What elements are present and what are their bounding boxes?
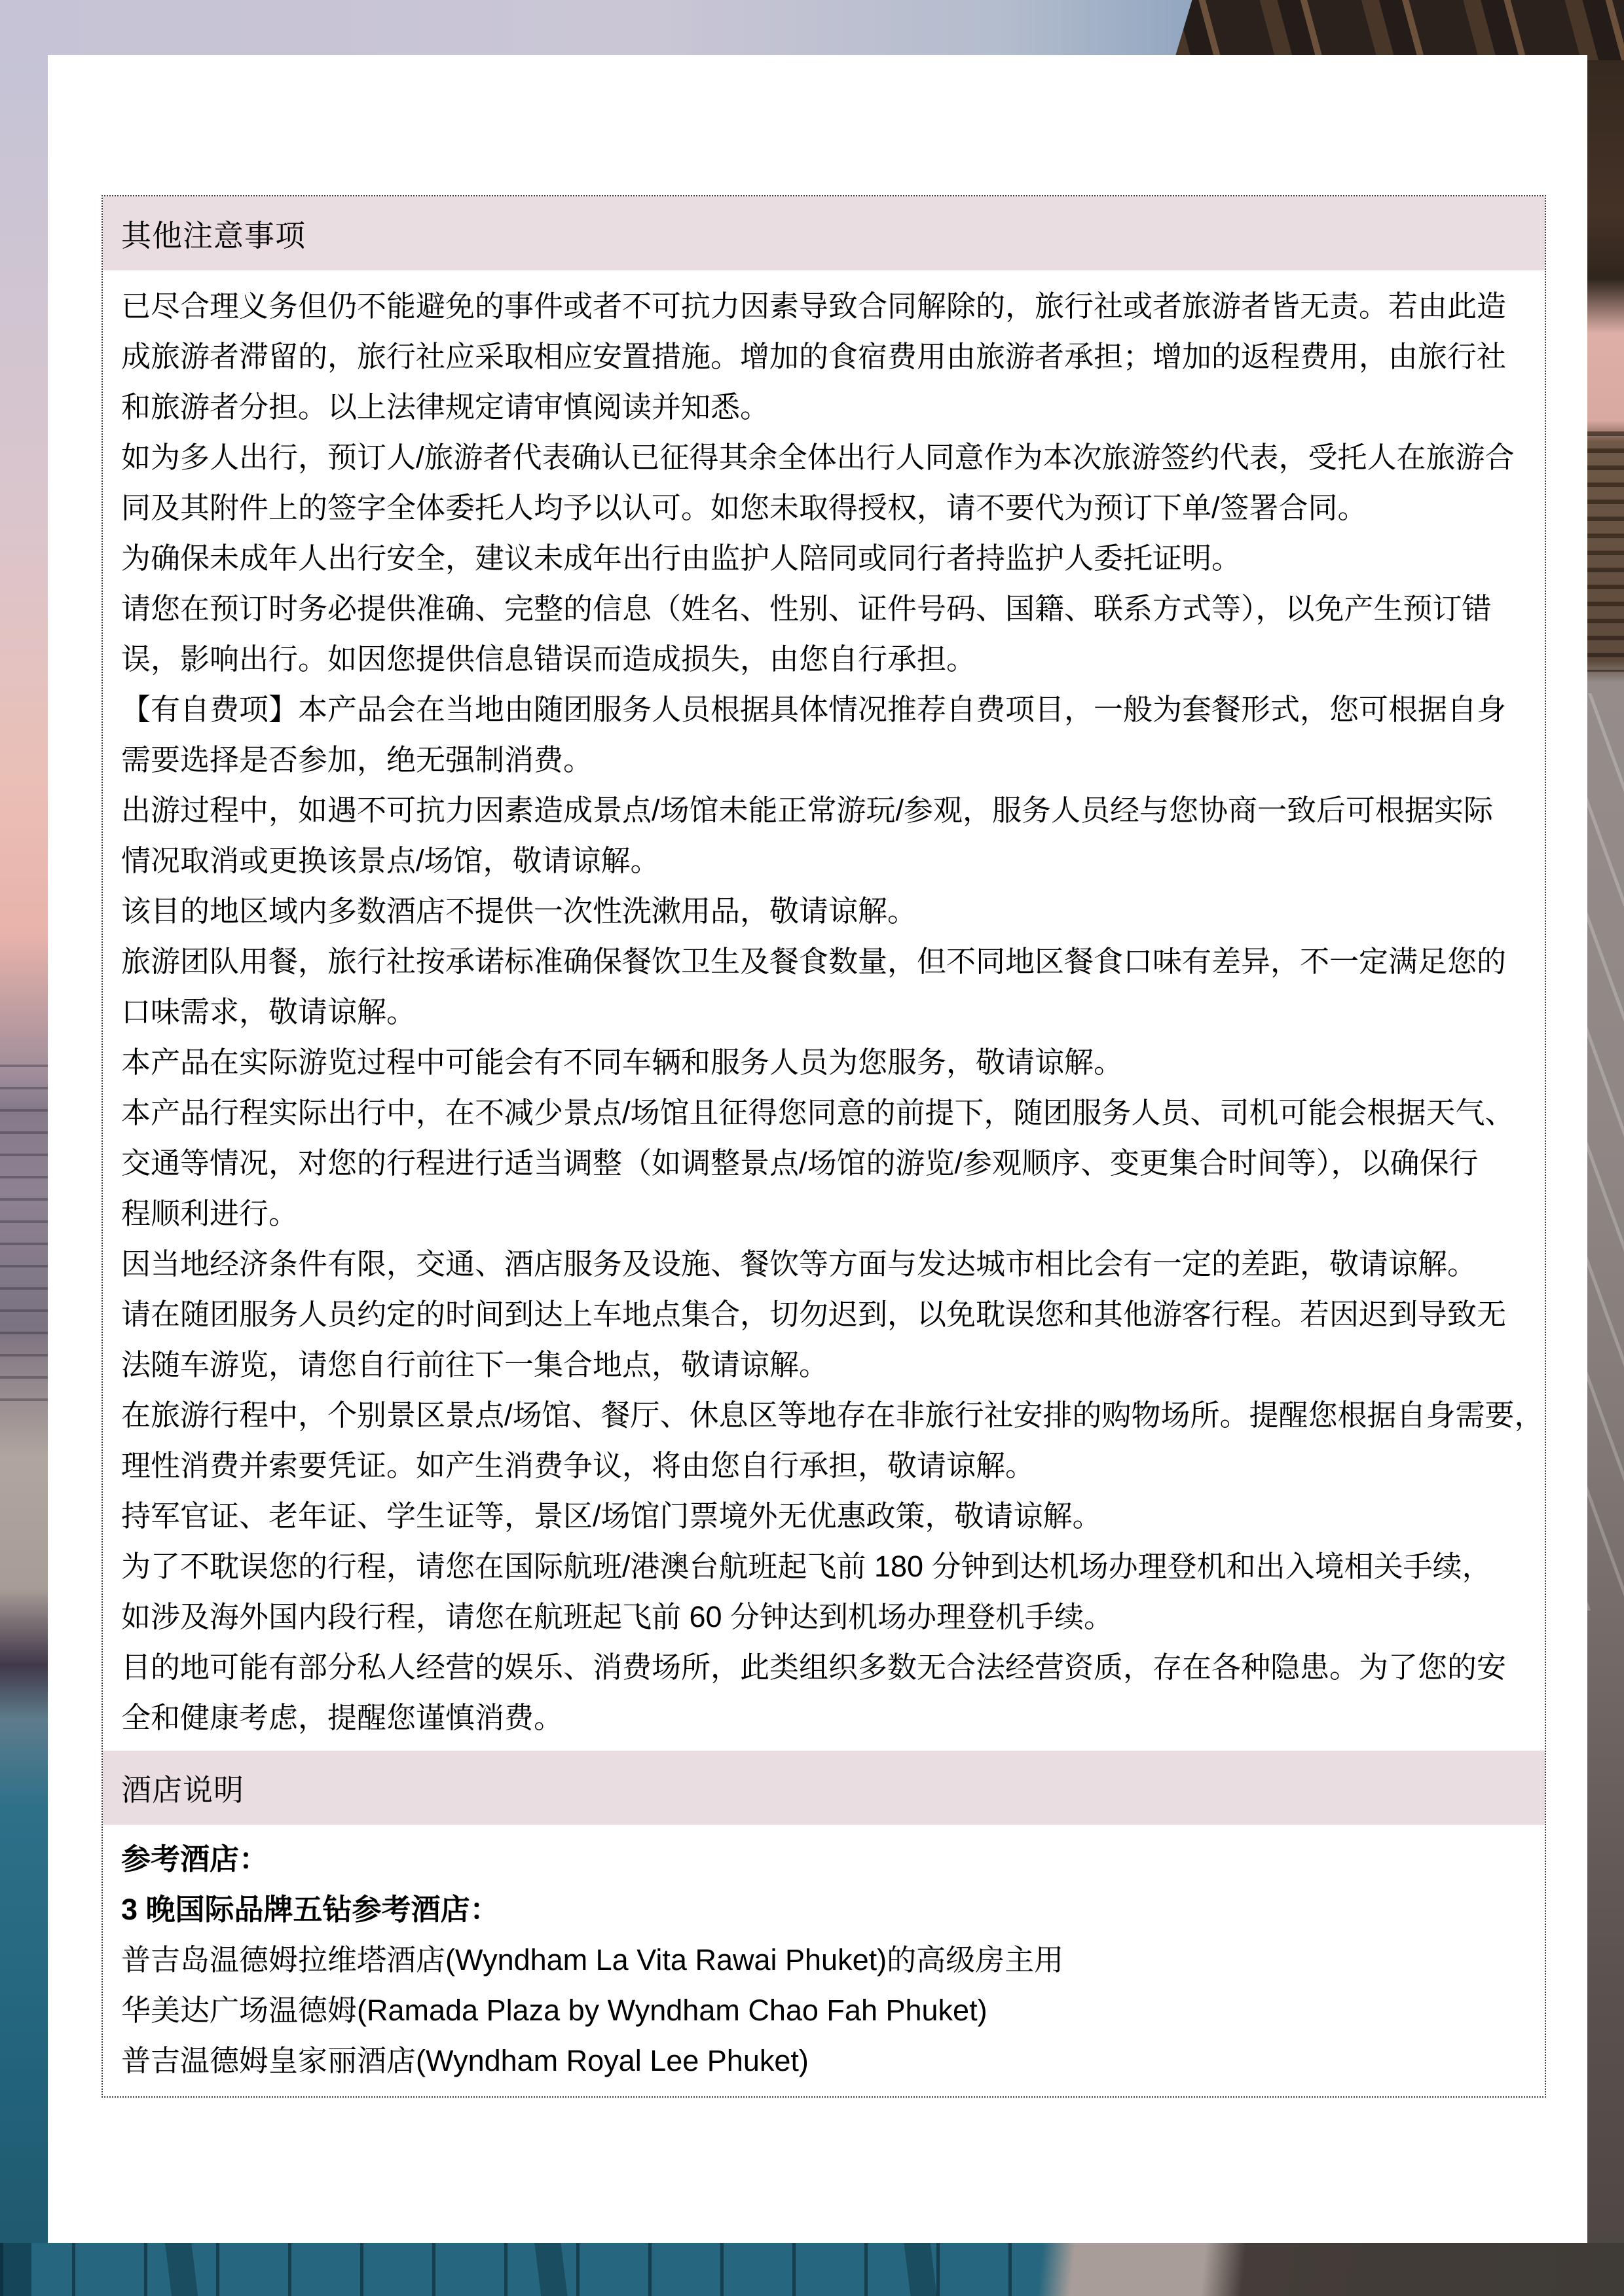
page: { "meta": { "colors": { "header_bg": "#e… xyxy=(0,0,1624,2296)
wood-slats-texture xyxy=(1587,431,1624,672)
notice-line: 为确保未成年人出行安全，建议未成年出行由监护人陪同或同行者持监护人委托证明。 xyxy=(121,533,1540,583)
notice-table: 其他注意事项 已尽合理义务但仍不能避免的事件或者不可抗力因素导致合同解除的，旅行… xyxy=(101,195,1546,2098)
notice-line: 需要选择是否参加，绝无强制消费。 xyxy=(121,735,1540,785)
notice-line: 已尽合理义务但仍不能避免的事件或者不可抗力因素导致合同解除的，旅行社或者旅游者皆… xyxy=(121,281,1540,331)
notice-line: 如涉及海外国内段行程，请您在航班起飞前 60 分钟达到机场办理登机手续。 xyxy=(121,1592,1540,1642)
notice-line: 为了不耽误您的行程，请您在国际航班/港澳台航班起飞前 180 分钟到达机场办理登… xyxy=(121,1541,1540,1592)
notice-line: 口味需求，敬请谅解。 xyxy=(121,987,1540,1037)
notice-line: 理性消费并索要凭证。如产生消费争议，将由您自行承担，敬请谅解。 xyxy=(121,1440,1540,1491)
notice-body: 已尽合理义务但仍不能避免的事件或者不可抗力因素导致合同解除的，旅行社或者旅游者皆… xyxy=(103,270,1545,1751)
pool-edge-shadow xyxy=(0,2243,31,2296)
notice-line: 目的地可能有部分私人经营的娱乐、消费场所，此类组织多数无合法经营资质，存在各种隐… xyxy=(121,1642,1540,1692)
hotel-body: 参考酒店： 3 晚国际品牌五钻参考酒店： 普吉岛温德姆拉维塔酒店(Wyndham… xyxy=(103,1825,1545,2096)
notice-line: 请您在预订时务必提供准确、完整的信息（姓名、性别、证件号码、国籍、联系方式等），… xyxy=(121,583,1540,634)
notice-line: 旅游团队用餐，旅行社按承诺标准确保餐饮卫生及餐食数量，但不同地区餐食口味有差异，… xyxy=(121,936,1540,987)
reference-hotels-label: 参考酒店： xyxy=(121,1834,1540,1884)
notice-line: 因当地经济条件有限，交通、酒店服务及设施、餐饮等方面与发达城市相比会有一定的差距… xyxy=(121,1239,1540,1289)
notice-line: 【有自费项】本产品会在当地由随团服务人员根据具体情况推荐自费项目，一般为套餐形式… xyxy=(121,684,1540,735)
sea-waves-texture xyxy=(0,1065,49,1414)
pool-tiles-texture xyxy=(0,2243,1074,2296)
notice-line: 全和健康考虑，提醒您谨慎消费。 xyxy=(121,1692,1540,1743)
notice-line: 误，影响出行。如因您提供信息错误而造成损失，由您自行承担。 xyxy=(121,634,1540,684)
notice-line: 本产品行程实际出行中，在不减少景点/场馆且征得您同意的前提下，随团服务人员、司机… xyxy=(121,1087,1540,1138)
hotel-subtitle: 3 晚国际品牌五钻参考酒店： xyxy=(121,1884,1540,1935)
notice-line: 在旅游行程中，个别景区景点/场馆、餐厅、休息区等地存在非旅行社安排的购物场所。提… xyxy=(121,1390,1540,1440)
notice-line: 本产品在实际游览过程中可能会有不同车辆和服务人员为您服务，敬请谅解。 xyxy=(121,1037,1540,1087)
notice-line: 请在随团服务人员约定的时间到达上车地点集合，切勿迟到，以免耽误您和其他游客行程。… xyxy=(121,1289,1540,1339)
hotel-section-title: 酒店说明 xyxy=(121,1766,244,1810)
notice-line: 出游过程中，如遇不可抗力因素造成景点/场馆未能正常游玩/参观，服务人员经与您协商… xyxy=(121,785,1540,835)
notice-line: 法随车游览，请您自行前往下一集合地点，敬请谅解。 xyxy=(121,1339,1540,1390)
notice-section-title: 其他注意事项 xyxy=(121,212,306,255)
notice-section-header: 其他注意事项 xyxy=(103,196,1545,270)
notice-line: 情况取消或更换该景点/场馆，敬请谅解。 xyxy=(121,835,1540,886)
notice-line: 如为多人出行，预订人/旅游者代表确认已征得其余全体出行人同意作为本次旅游签约代表… xyxy=(121,432,1540,483)
notice-line: 交通等情况，对您的行程进行适当调整（如调整景点/场馆的游览/参观顺序、变更集合时… xyxy=(121,1138,1540,1188)
notice-line: 程顺利进行。 xyxy=(121,1188,1540,1239)
hotel-line: 华美达广场温德姆(Ramada Plaza by Wyndham Chao Fa… xyxy=(121,1985,1540,2035)
background-deck-strip xyxy=(1587,60,1624,2244)
notice-line: 和旅游者分担。以上法律规定请审慎阅读并知悉。 xyxy=(121,382,1540,432)
background-boat-photo xyxy=(1174,0,1624,60)
deck-ropes-texture xyxy=(1587,693,1624,1611)
background-pool-strip xyxy=(0,2243,1624,2296)
content-card: 其他注意事项 已尽合理义务但仍不能避免的事件或者不可抗力因素导致合同解除的，旅行… xyxy=(48,55,1587,2243)
hotel-section-header: 酒店说明 xyxy=(103,1751,1545,1825)
hotel-line: 普吉岛温德姆拉维塔酒店(Wyndham La Vita Rawai Phuket… xyxy=(121,1935,1540,1985)
notice-line: 该目的地区域内多数酒店不提供一次性洗漱用品，敬请谅解。 xyxy=(121,886,1540,936)
notice-line: 持军官证、老年证、学生证等，景区/场馆门票境外无优惠政策，敬请谅解。 xyxy=(121,1491,1540,1541)
hotel-line: 普吉温德姆皇家丽酒店(Wyndham Royal Lee Phuket) xyxy=(121,2035,1540,2086)
notice-line: 同及其附件上的签字全体委托人均予以认可。如您未取得授权，请不要代为预订下单/签署… xyxy=(121,483,1540,533)
background-sunset-sea-strip xyxy=(0,60,49,2244)
notice-line: 成旅游者滞留的，旅行社应采取相应安置措施。增加的食宿费用由旅游者承担；增加的返程… xyxy=(121,331,1540,382)
